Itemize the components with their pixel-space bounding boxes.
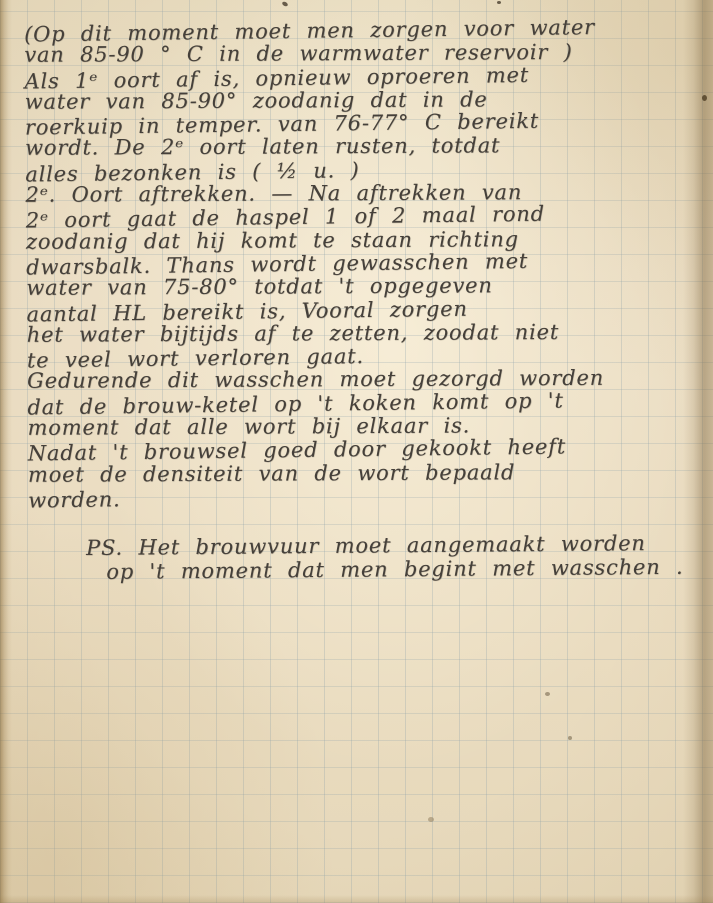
paper-speck [281,1,288,7]
paper-speck [568,736,572,740]
paper-speck [497,1,501,4]
postscript-note: PS. Het brouwvuur moet aangemaakt worden… [86,531,684,584]
paper-speck [545,692,550,696]
postscript-line-2: op 't moment dat men begint met wasschen… [106,555,683,584]
paper-speck [428,817,434,822]
handwritten-body-text: (Op dit moment moet men zorgen voor wate… [24,16,708,511]
page-gutter-shadow [683,0,713,903]
page-bottom-edge [0,895,713,903]
page-left-edge [0,0,12,903]
notebook-page: (Op dit moment moet men zorgen voor wate… [0,0,713,903]
